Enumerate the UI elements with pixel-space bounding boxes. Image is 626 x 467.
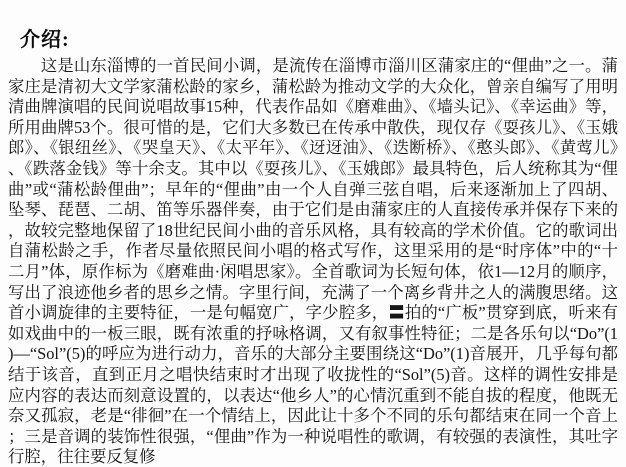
section-title: 介绍: — [20, 27, 618, 53]
body-paragraph: 这是山东淄博的一首民间小调，是流传在淄博市淄川区蒲家庄的“俚曲”之一。蒲家庄是清… — [8, 56, 618, 467]
document-page: 介绍: 这是山东淄博的一首民间小调，是流传在淄博市淄川区蒲家庄的“俚曲”之一。蒲… — [0, 0, 626, 467]
